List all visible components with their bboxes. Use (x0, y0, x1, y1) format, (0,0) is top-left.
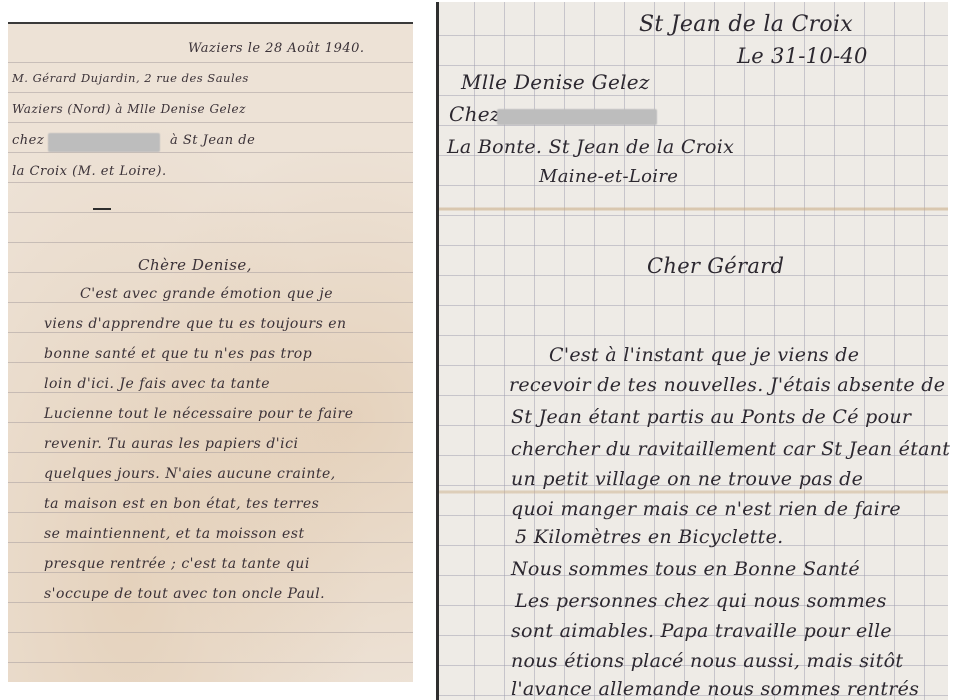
letter-left-body-line: loin d'ici. Je fais avec ta tante (44, 376, 270, 392)
letter-left-address-line-2: Waziers (Nord) à Mlle Denise Gelez (12, 102, 246, 116)
letter-left-body-line: ta maison est en bon état, tes terres (44, 496, 319, 512)
letter-left-address-line-5: la Croix (M. et Loire). (12, 164, 167, 179)
letter-right-address-line-4: Maine-et-Loire (539, 166, 678, 187)
letter-left-body-line: quelques jours. N'aies aucune crainte, (44, 466, 336, 482)
letter-right-page: St Jean de la Croix Le 31-10-40 Mlle Den… (436, 2, 948, 700)
letter-left-body-line: se maintiennent, et ta moisson est (44, 526, 305, 542)
letter-right-body-line: Nous sommes tous en Bonne Santé (511, 558, 860, 580)
letter-right-body-line: quoi manger mais ce n'est rien de faire (511, 498, 901, 520)
letter-left-address-line-4: à St Jean de (170, 133, 255, 148)
letter-right-salutation: Cher Gérard (647, 254, 784, 278)
letter-right-body-line: chercher du ravitaillement car St Jean é… (511, 438, 950, 460)
letter-right-body-line: St Jean étant partis au Ponts de Cé pour (511, 406, 911, 428)
letter-left-body-line: s'occupe de tout avec ton oncle Paul. (44, 586, 325, 602)
letter-right-body-line: Les personnes chez qui nous sommes (515, 590, 887, 612)
letter-right-body-line: l'avance allemande nous sommes rentrés (511, 678, 919, 700)
letter-left-body-line: revenir. Tu auras les papiers d'ici (44, 436, 298, 452)
letter-right-body-line: 5 Kilomètres en Bicyclette. (515, 526, 783, 548)
redacted-name-block (48, 133, 160, 152)
letter-right-place: St Jean de la Croix (639, 12, 853, 37)
letter-right-body-line: recevoir de tes nouvelles. J'étais absen… (509, 374, 945, 396)
redacted-name-block (497, 109, 657, 125)
letter-right-address-line-3: La Bonte. St Jean de la Croix (447, 136, 734, 158)
letter-left-page: Waziers le 28 Août 1940. M. Gérard Dujar… (8, 22, 413, 682)
letter-right-date: Le 31-10-40 (737, 44, 868, 68)
letter-left-body-line: presque rentrée ; c'est ta tante qui (44, 556, 310, 572)
letter-right-address-line-1: Mlle Denise Gelez (461, 70, 650, 94)
letter-left-body-line: Lucienne tout le nécessaire pour te fair… (44, 406, 354, 422)
separator-dash (93, 208, 111, 210)
letter-right-body-line: C'est à l'instant que je viens de (549, 344, 859, 366)
letter-left-salutation: Chère Denise, (138, 256, 252, 274)
letter-right-body-line: sont aimables. Papa travaille pour elle (511, 620, 892, 642)
letter-left-dateline: Waziers le 28 Août 1940. (188, 41, 365, 56)
letter-right-body-line: nous étions placé nous aussi, mais sitôt (511, 650, 903, 672)
letter-left-body-line: C'est avec grande émotion que je (80, 286, 333, 302)
letter-right-address-line-2: Chez (449, 102, 501, 126)
letter-left-body-line: viens d'apprendre que tu es toujours en (44, 316, 347, 332)
letter-left-address-line-1: M. Gérard Dujardin, 2 rue des Saules (12, 71, 249, 85)
letter-right-body-line: un petit village on ne trouve pas de (511, 468, 863, 490)
letter-left-body-line: bonne santé et que tu n'es pas trop (44, 346, 312, 362)
